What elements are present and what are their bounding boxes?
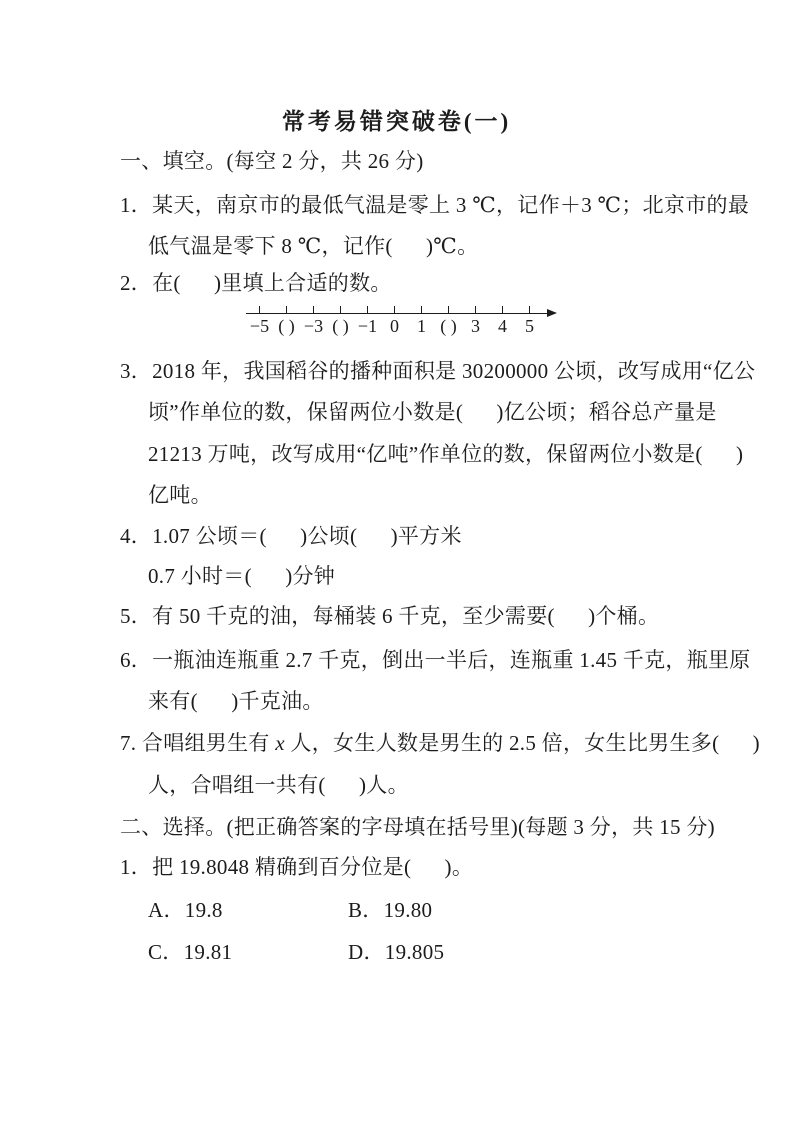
fill-q5-line-1: 5．有 50 千克的油，每桶装 6 千克，至少需要( )个桶。 (120, 604, 659, 629)
tick-mark (367, 306, 368, 313)
tick-mark (529, 306, 530, 313)
number-line-label: 5 (525, 316, 534, 337)
number-line-cell: ( ) (273, 303, 300, 337)
tick-mark (259, 306, 260, 313)
number-line-cell: ( ) (327, 303, 354, 337)
number-line-label: 1 (417, 316, 426, 337)
tick-mark (313, 306, 314, 313)
tick-mark (448, 306, 449, 313)
choice-q1-stem: 1．把 19.8048 精确到百分位是( )。 (120, 855, 473, 880)
fill-q3-line-4: 亿吨。 (148, 483, 212, 508)
number-line-label: −1 (358, 316, 377, 337)
number-line-arrow-icon (547, 309, 557, 317)
number-line-cell: 0 (381, 303, 408, 337)
tick-mark (286, 306, 287, 313)
number-line-label: ( ) (332, 316, 349, 337)
number-line-cell: −5 (246, 303, 273, 337)
fill-q1-line-1: 1．某天，南京市的最低气温是零上 3 ℃，记作＋3 ℃；北京市的最 (120, 193, 749, 218)
fill-q3-line-1: 3．2018 年，我国稻谷的播种面积是 30200000 公顷，改写成用“亿公 (120, 359, 755, 384)
number-line-cell: 3 (462, 303, 489, 337)
number-line-cell: 5 (516, 303, 543, 337)
number-line-label: ( ) (440, 316, 457, 337)
number-line-label: ( ) (278, 316, 295, 337)
choice-q1-option-b: B．19.80 (348, 898, 432, 923)
fill-q7-line-1-post: 人，女生人数是男生的 2.5 倍，女生比男生多( ) (285, 731, 760, 755)
tick-mark (394, 306, 395, 313)
number-line-cells: −5 ( ) −3 ( ) −1 0 1 ( ) 3 4 5 (246, 303, 543, 337)
fill-q1-line-2: 低气温是零下 8 ℃，记作( )℃。 (148, 234, 478, 259)
fill-q4-line-2: 0.7 小时＝( )分钟 (148, 564, 335, 589)
tick-mark (475, 306, 476, 313)
number-line-label: −3 (304, 316, 323, 337)
fill-q7-line-1-pre: 7. 合唱组男生有 (120, 731, 275, 755)
fill-q6-line-1: 6．一瓶油连瓶重 2.7 千克，倒出一半后，连瓶重 1.45 千克，瓶里原 (120, 648, 751, 673)
number-line-label: −5 (250, 316, 269, 337)
tick-mark (340, 306, 341, 313)
choice-q1-option-d: D．19.805 (348, 940, 444, 965)
number-line-cell: 4 (489, 303, 516, 337)
page-title: 常考易错突破卷(一) (0, 103, 793, 136)
variable-x: x (275, 731, 285, 755)
fill-q3-line-2: 顷”作单位的数，保留两位小数是( )亿公顷；稻谷总产量是 (148, 400, 717, 425)
fill-q3-line-3: 21213 万吨，改写成用“亿吨”作单位的数，保留两位小数是( ) (148, 442, 743, 467)
fill-q6-line-2: 来有( )千克油。 (148, 689, 324, 714)
fill-q2-line-1: 2．在( )里填上合适的数。 (120, 271, 392, 296)
number-line-label: 3 (471, 316, 480, 337)
fill-q7-line-1: 7. 合唱组男生有 x 人，女生人数是男生的 2.5 倍，女生比男生多( ) (120, 731, 760, 756)
number-line-label: 4 (498, 316, 507, 337)
fill-q4-line-1: 4．1.07 公顷＝( )公顷( )平方米 (120, 524, 462, 549)
section-1-header: 一、填空。(每空 2 分，共 26 分) (120, 149, 424, 174)
choice-q1-option-a: A．19.8 (148, 898, 223, 923)
number-line-cell: ( ) (435, 303, 462, 337)
number-line-label: 0 (390, 316, 399, 337)
number-line-cell: −3 (300, 303, 327, 337)
choice-q1-option-c: C．19.81 (148, 940, 232, 965)
tick-mark (421, 306, 422, 313)
number-line-cell: 1 (408, 303, 435, 337)
tick-mark (502, 306, 503, 313)
worksheet-page: 常考易错突破卷(一) 一、填空。(每空 2 分，共 26 分) 1．某天，南京市… (0, 0, 793, 1122)
section-2-header: 二、选择。(把正确答案的字母填在括号里)(每题 3 分，共 15 分) (120, 815, 715, 840)
fill-q7-line-2: 人，合唱组一共有( )人。 (148, 773, 409, 798)
number-line-figure: −5 ( ) −3 ( ) −1 0 1 ( ) 3 4 5 (246, 303, 558, 341)
number-line-cell: −1 (354, 303, 381, 337)
